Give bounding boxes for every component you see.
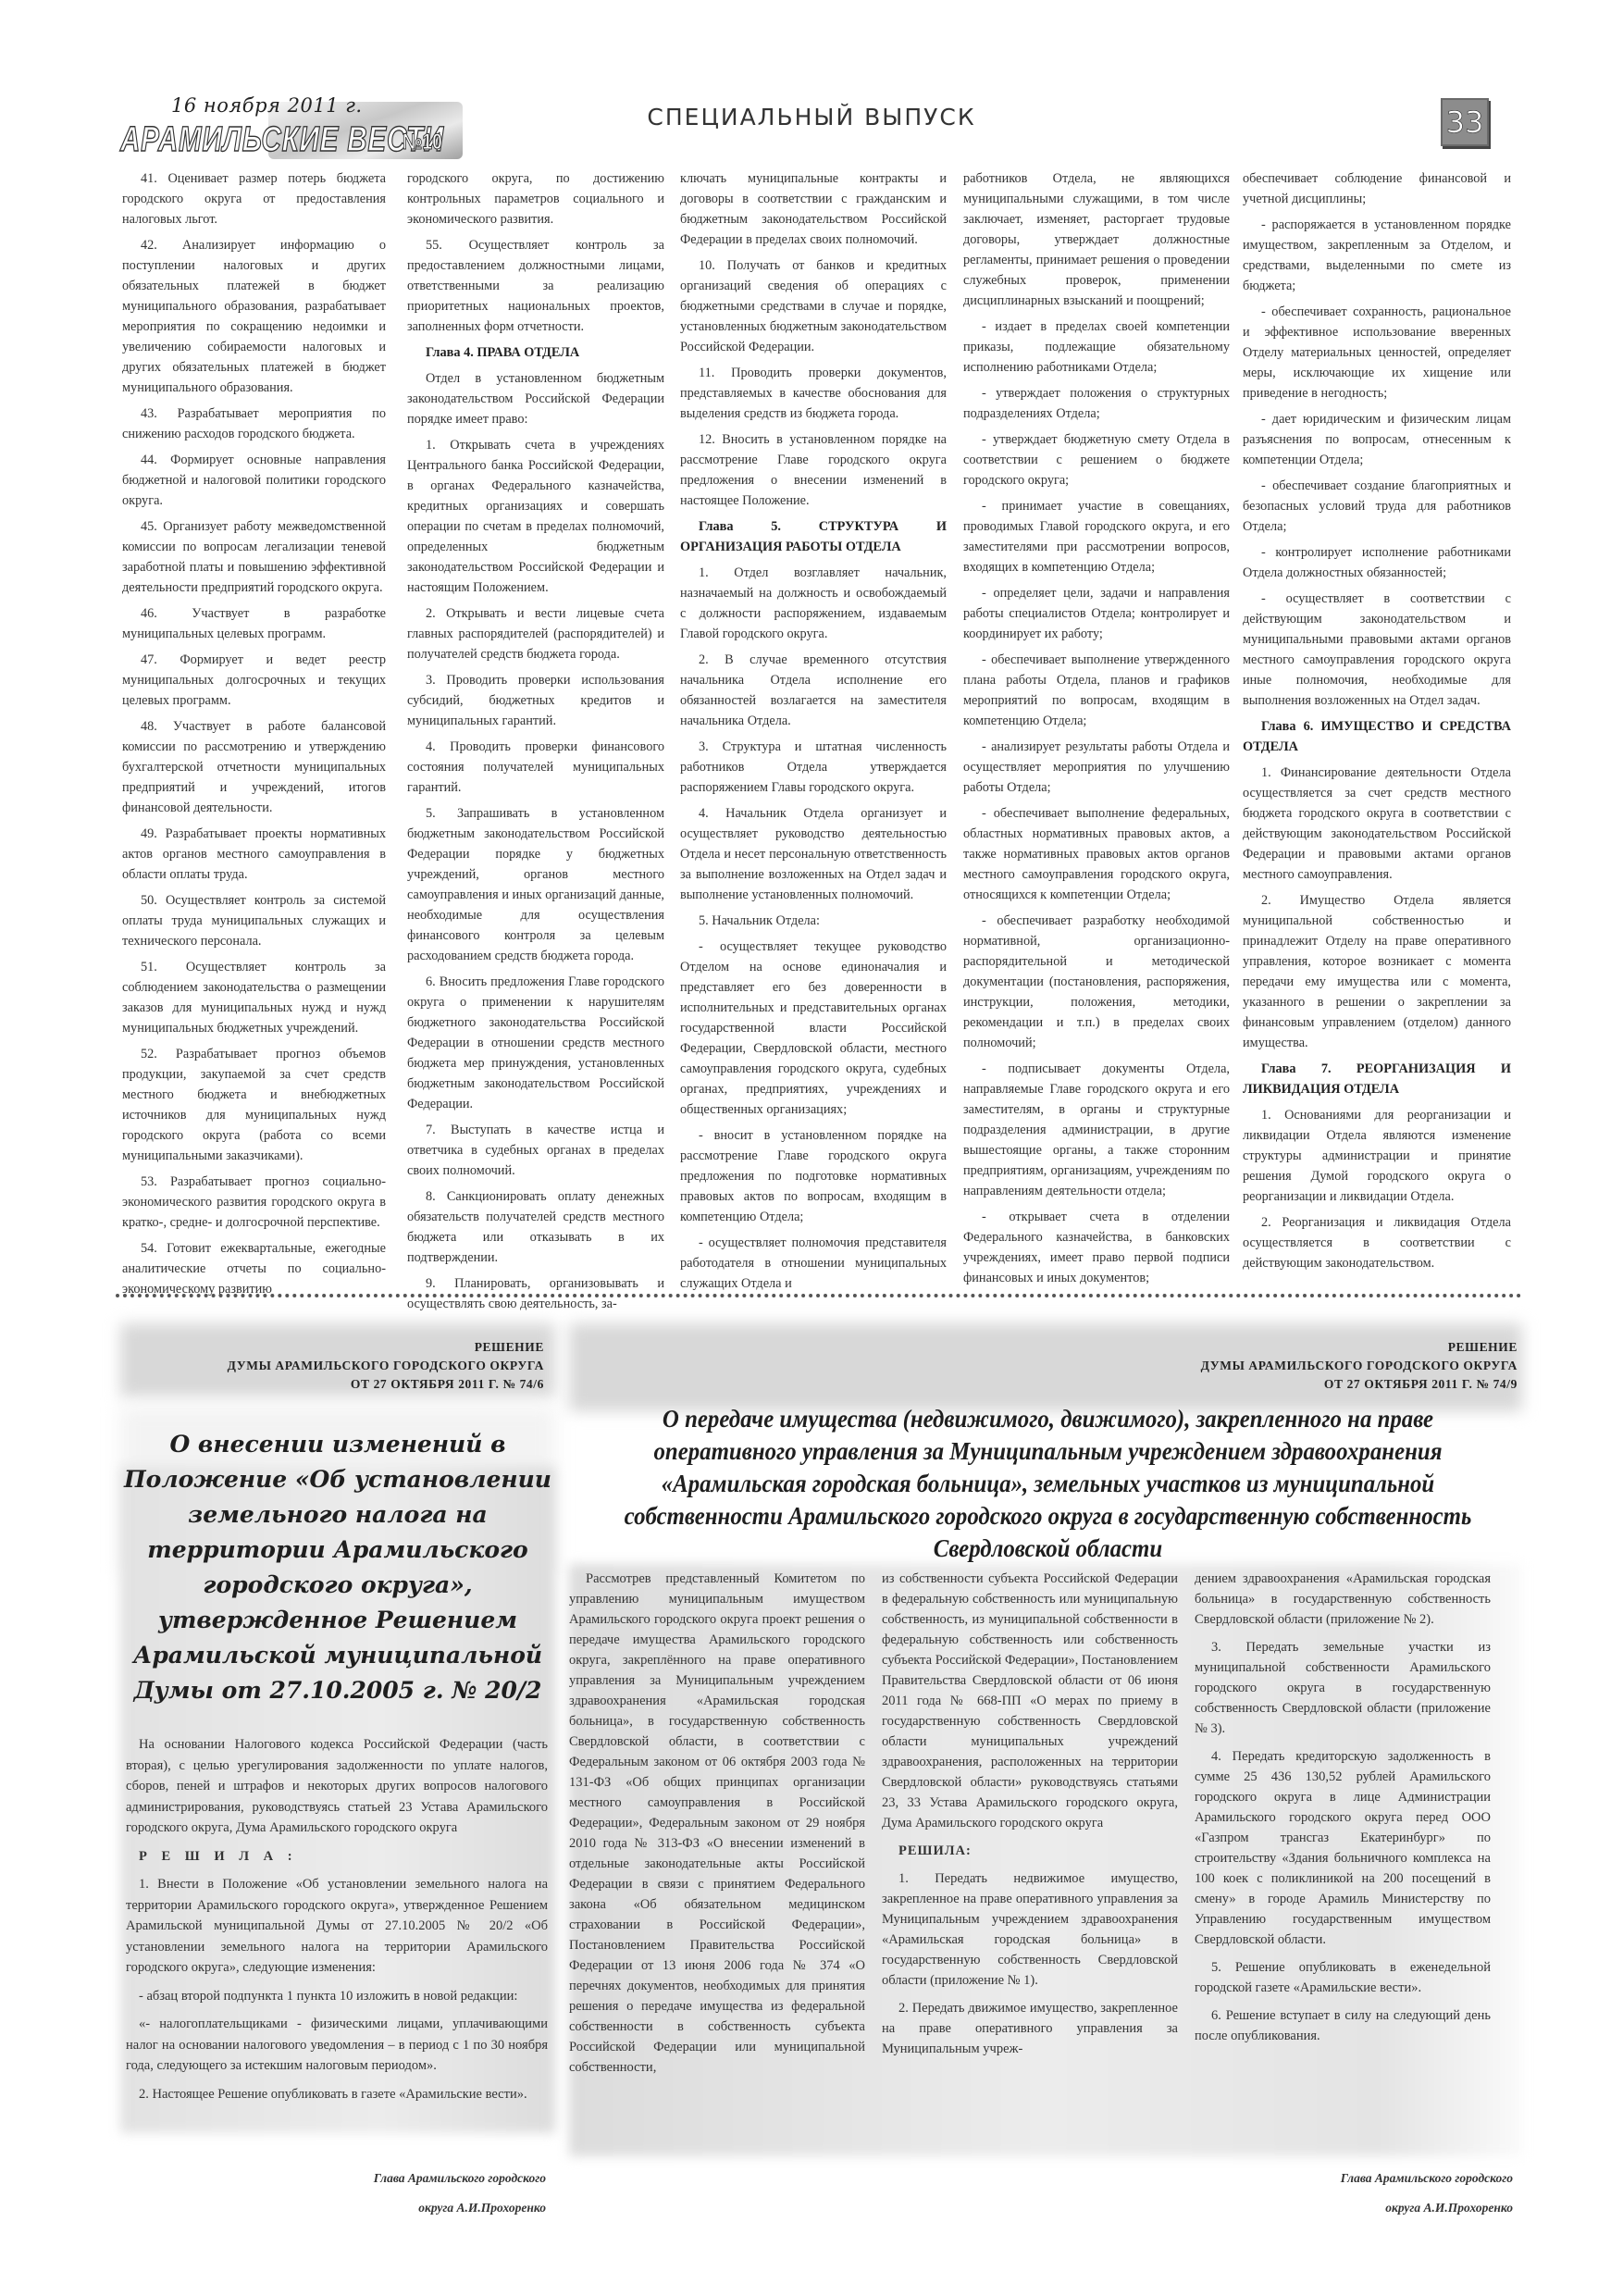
paragraph: - дает юридическим и физическим лицам ра…: [1243, 409, 1511, 470]
signature: Глава Арамильского городского округа А.И…: [569, 2164, 1513, 2223]
decree-item: 2. Передать движимое имущество, закрепле…: [882, 1998, 1178, 2059]
paragraph: 49. Разрабатывает проекты нормативных ак…: [122, 824, 386, 885]
paragraph: - открывает счета в отделении Федерально…: [963, 1207, 1230, 1288]
paragraph: 44. Формирует основные направления бюдже…: [122, 450, 386, 511]
decree-item: 3. Передать земельные участки из муницип…: [1195, 1637, 1491, 1739]
column-5: обеспечивает соблюдение финансовой и уче…: [1243, 168, 1511, 1279]
paragraph: - осуществляет в соответствии с действую…: [1243, 589, 1511, 711]
decree-title: О внесении изменений в Положение «Об уст…: [120, 1427, 555, 1708]
decree-column-1: Рассмотрев представленный Комитетом по у…: [569, 1569, 865, 2085]
decree-body: На основании Налогового кодекса Российск…: [120, 1734, 555, 2104]
paragraph: 4. Начальник Отдела организует и осущест…: [680, 803, 947, 905]
paragraph: - распоряжается в установленном порядке …: [1243, 215, 1511, 296]
paragraph: 1. Финансирование деятельности Отдела ос…: [1243, 763, 1511, 885]
decree-label: РЕШЕНИЕ: [569, 1338, 1518, 1357]
paragraph: городского округа, по достижению контрол…: [407, 168, 664, 230]
paragraph: - обеспечивает сохранность, рациональное…: [1243, 302, 1511, 403]
decree-item: 1. Передать недвижимое имущество, закреп…: [882, 1868, 1178, 1991]
paragraph: - издает в пределах своей компетенции пр…: [963, 316, 1230, 378]
paragraph: - обеспечивает создание благоприятных и …: [1243, 476, 1511, 537]
chapter-heading: Глава 5. СТРУКТУРА И ОРГАНИЗАЦИЯ РАБОТЫ …: [680, 516, 947, 557]
paragraph: 41. Оценивает размер потерь бюджета горо…: [122, 168, 386, 230]
paragraph: 47. Формирует и ведет реестр муниципальн…: [122, 650, 386, 711]
decree-title: О передаче имущества (недвижимого, движи…: [607, 1403, 1488, 1565]
paragraph: 6. Вносить предложения Главе городского …: [407, 972, 664, 1114]
chapter-heading: Глава 4. ПРАВА ОТДЕЛА: [407, 342, 664, 363]
signature-name: округа А.И.Прохоренко: [569, 2193, 1513, 2223]
column-3: ключать муниципальные контракты и догово…: [680, 168, 947, 1299]
signature-name: округа А.И.Прохоренко: [120, 2193, 546, 2223]
decree-item: 1. Внести в Положение «Об установлении з…: [126, 1874, 548, 1979]
decree-column-3: дением здравоохранения «Арамильская горо…: [1195, 1569, 1491, 2085]
paragraph: - осуществляет полномочия представителя …: [680, 1233, 947, 1294]
paragraph: - осуществляет текущее руководство Отдел…: [680, 937, 947, 1120]
paragraph: 1. Отдел возглавляет начальник, назначае…: [680, 563, 947, 644]
decree-date: ОТ 27 ОКТЯБРЯ 2011 Г. № 74/9: [569, 1375, 1518, 1394]
decree-header: РЕШЕНИЕ ДУМЫ АРАМИЛЬСКОГО ГОРОДСКОГО ОКР…: [569, 1323, 1527, 1394]
chapter-heading: Глава 6. ИМУЩЕСТВО И СРЕДСТВА ОТДЕЛА: [1243, 716, 1511, 757]
paragraph: ключать муниципальные контракты и догово…: [680, 168, 947, 250]
paragraph: 5. Запрашивать в установленном бюджетным…: [407, 803, 664, 966]
paragraph: 55. Осуществляет контроль за предоставле…: [407, 235, 664, 337]
page-number-badge: 33: [1441, 98, 1489, 146]
paragraph: 43. Разрабатывает мероприятия по снижени…: [122, 403, 386, 444]
paragraph: 53. Разрабатывает прогноз социально-экон…: [122, 1172, 386, 1233]
paragraph: - обеспечивает разработку необходимой но…: [963, 911, 1230, 1053]
column-4: работников Отдела, не являющихся муницип…: [963, 168, 1230, 1294]
resolved-heading: Р Е Ш И Л А :: [126, 1846, 548, 1868]
paragraph: 42. Анализирует информацию о поступлении…: [122, 235, 386, 398]
paragraph: - обеспечивает выполнение утвержденного …: [963, 650, 1230, 731]
signature-title: Глава Арамильского городского: [120, 2164, 546, 2193]
paragraph: обеспечивает соблюдение финансовой и уче…: [1243, 168, 1511, 209]
column-1: 41. Оценивает размер потерь бюджета горо…: [122, 168, 386, 1305]
paragraph: - принимает участие в совещаниях, провод…: [963, 496, 1230, 577]
decree-item: 5. Решение опубликовать в еженедельной г…: [1195, 1957, 1491, 1998]
decree-issuer: ДУМЫ АРАМИЛЬСКОГО ГОРОДСКОГО ОКРУГА: [569, 1357, 1518, 1375]
paragraph: 50. Осуществляет контроль за системой оп…: [122, 890, 386, 951]
decree-74-9: РЕШЕНИЕ ДУМЫ АРАМИЛЬСКОГО ГОРОДСКОГО ОКР…: [569, 1323, 1527, 2212]
paragraph: 2. Открывать и вести лицевые счета главн…: [407, 603, 664, 664]
decree-column-2: из собственности субъекта Российской Фед…: [882, 1569, 1178, 2085]
signature-title: Глава Арамильского городского: [569, 2164, 1513, 2193]
paragraph: 45. Организует работу межведомственной к…: [122, 516, 386, 598]
paragraph: 7. Выступать в качестве истца и ответчик…: [407, 1120, 664, 1181]
paragraph: Отдел в установленном бюджетным законода…: [407, 368, 664, 429]
preamble-cont: из собственности субъекта Российской Фед…: [882, 1569, 1178, 1833]
issue-number: №10: [403, 130, 442, 155]
signature: Глава Арамильского городского округа А.И…: [120, 2164, 546, 2223]
paragraph: - утверждает положения о структурных под…: [963, 383, 1230, 424]
section-title: СПЕЦИАЛЬНЫЙ ВЫПУСК: [0, 104, 1623, 130]
paragraph: 3. Структура и штатная численность работ…: [680, 737, 947, 798]
paragraph: 48. Участвует в работе балансовой комисс…: [122, 716, 386, 818]
paragraph: 1. Открывать счета в учреждениях Централ…: [407, 435, 664, 598]
paragraph: - обеспечивает выполнение федеральных, о…: [963, 803, 1230, 905]
paragraph: 4. Проводить проверки финансового состоя…: [407, 737, 664, 798]
decree-item: «- налогоплательщиками - физическими лиц…: [126, 2014, 548, 2077]
paragraph: - утверждает бюджетную смету Отдела в со…: [963, 429, 1230, 490]
decree-item: 4. Передать кредиторскую задолженность в…: [1195, 1746, 1491, 1950]
paragraph: - контролирует исполнение работниками От…: [1243, 542, 1511, 583]
paragraph: - определяет цели, задачи и направления …: [963, 583, 1230, 644]
decree-columns: Рассмотрев представленный Комитетом по у…: [569, 1569, 1522, 2085]
dotted-divider: [116, 1294, 1522, 1297]
chapter-heading: Глава 7. РЕОРГАНИЗАЦИЯ И ЛИКВИДАЦИЯ ОТДЕ…: [1243, 1059, 1511, 1099]
decree-issuer: ДУМЫ АРАМИЛЬСКОГО ГОРОДСКОГО ОКРУГА: [120, 1357, 544, 1375]
column-2: городского округа, по достижению контрол…: [407, 168, 664, 1320]
paragraph: 2. В случае временного отсутствия началь…: [680, 650, 947, 731]
decree-item: 6. Решение вступает в силу на следующий …: [1195, 2005, 1491, 2046]
decree-item-cont: дением здравоохранения «Арамильская горо…: [1195, 1569, 1491, 1630]
paragraph: 2. Имущество Отдела является муниципальн…: [1243, 890, 1511, 1053]
paragraph: 11. Проводить проверки документов, предс…: [680, 363, 947, 424]
paragraph: 54. Готовит ежеквартальные, ежегодные ан…: [122, 1238, 386, 1299]
decree-date: ОТ 27 ОКТЯБРЯ 2011 Г. № 74/6: [120, 1375, 544, 1394]
paragraph: 3. Проводить проверки использования субс…: [407, 670, 664, 731]
decree-item: - абзац второй подпункта 1 пункта 10 изл…: [126, 1986, 548, 2007]
paragraph: работников Отдела, не являющихся муницип…: [963, 168, 1230, 311]
decree-74-6: РЕШЕНИЕ ДУМЫ АРАМИЛЬСКОГО ГОРОДСКОГО ОКР…: [120, 1323, 555, 2212]
paragraph: 10. Получать от банков и кредитных орган…: [680, 255, 947, 357]
preamble: На основании Налогового кодекса Российск…: [126, 1734, 548, 1839]
paragraph: 12. Вносить в установленном порядке на р…: [680, 429, 947, 511]
preamble: Рассмотрев представленный Комитетом по у…: [569, 1569, 865, 2078]
paragraph: - подписывает документы Отдела, направля…: [963, 1059, 1230, 1201]
paragraph: 2. Реорганизация и ликвидация Отдела осу…: [1243, 1212, 1511, 1273]
paragraph: 1. Основаниями для реорганизации и ликви…: [1243, 1105, 1511, 1207]
paragraph: 51. Осуществляет контроль за соблюдением…: [122, 957, 386, 1038]
resolved-heading: РЕШИЛА:: [882, 1841, 1178, 1861]
paragraph: 5. Начальник Отдела:: [680, 911, 947, 931]
paragraph: - вносит в установленном порядке на расс…: [680, 1125, 947, 1227]
paragraph: 46. Участвует в разработке муниципальных…: [122, 603, 386, 644]
paragraph: 52. Разрабатывает прогноз объемов продук…: [122, 1044, 386, 1166]
decree-label: РЕШЕНИЕ: [120, 1338, 544, 1357]
paragraph: - анализирует результаты работы Отдела и…: [963, 737, 1230, 798]
decree-item: 2. Настоящее Решение опубликовать в газе…: [126, 2084, 548, 2105]
paragraph: 8. Санкционировать оплату денежных обяза…: [407, 1186, 664, 1268]
decree-header: РЕШЕНИЕ ДУМЫ АРАМИЛЬСКОГО ГОРОДСКОГО ОКР…: [120, 1323, 555, 1394]
